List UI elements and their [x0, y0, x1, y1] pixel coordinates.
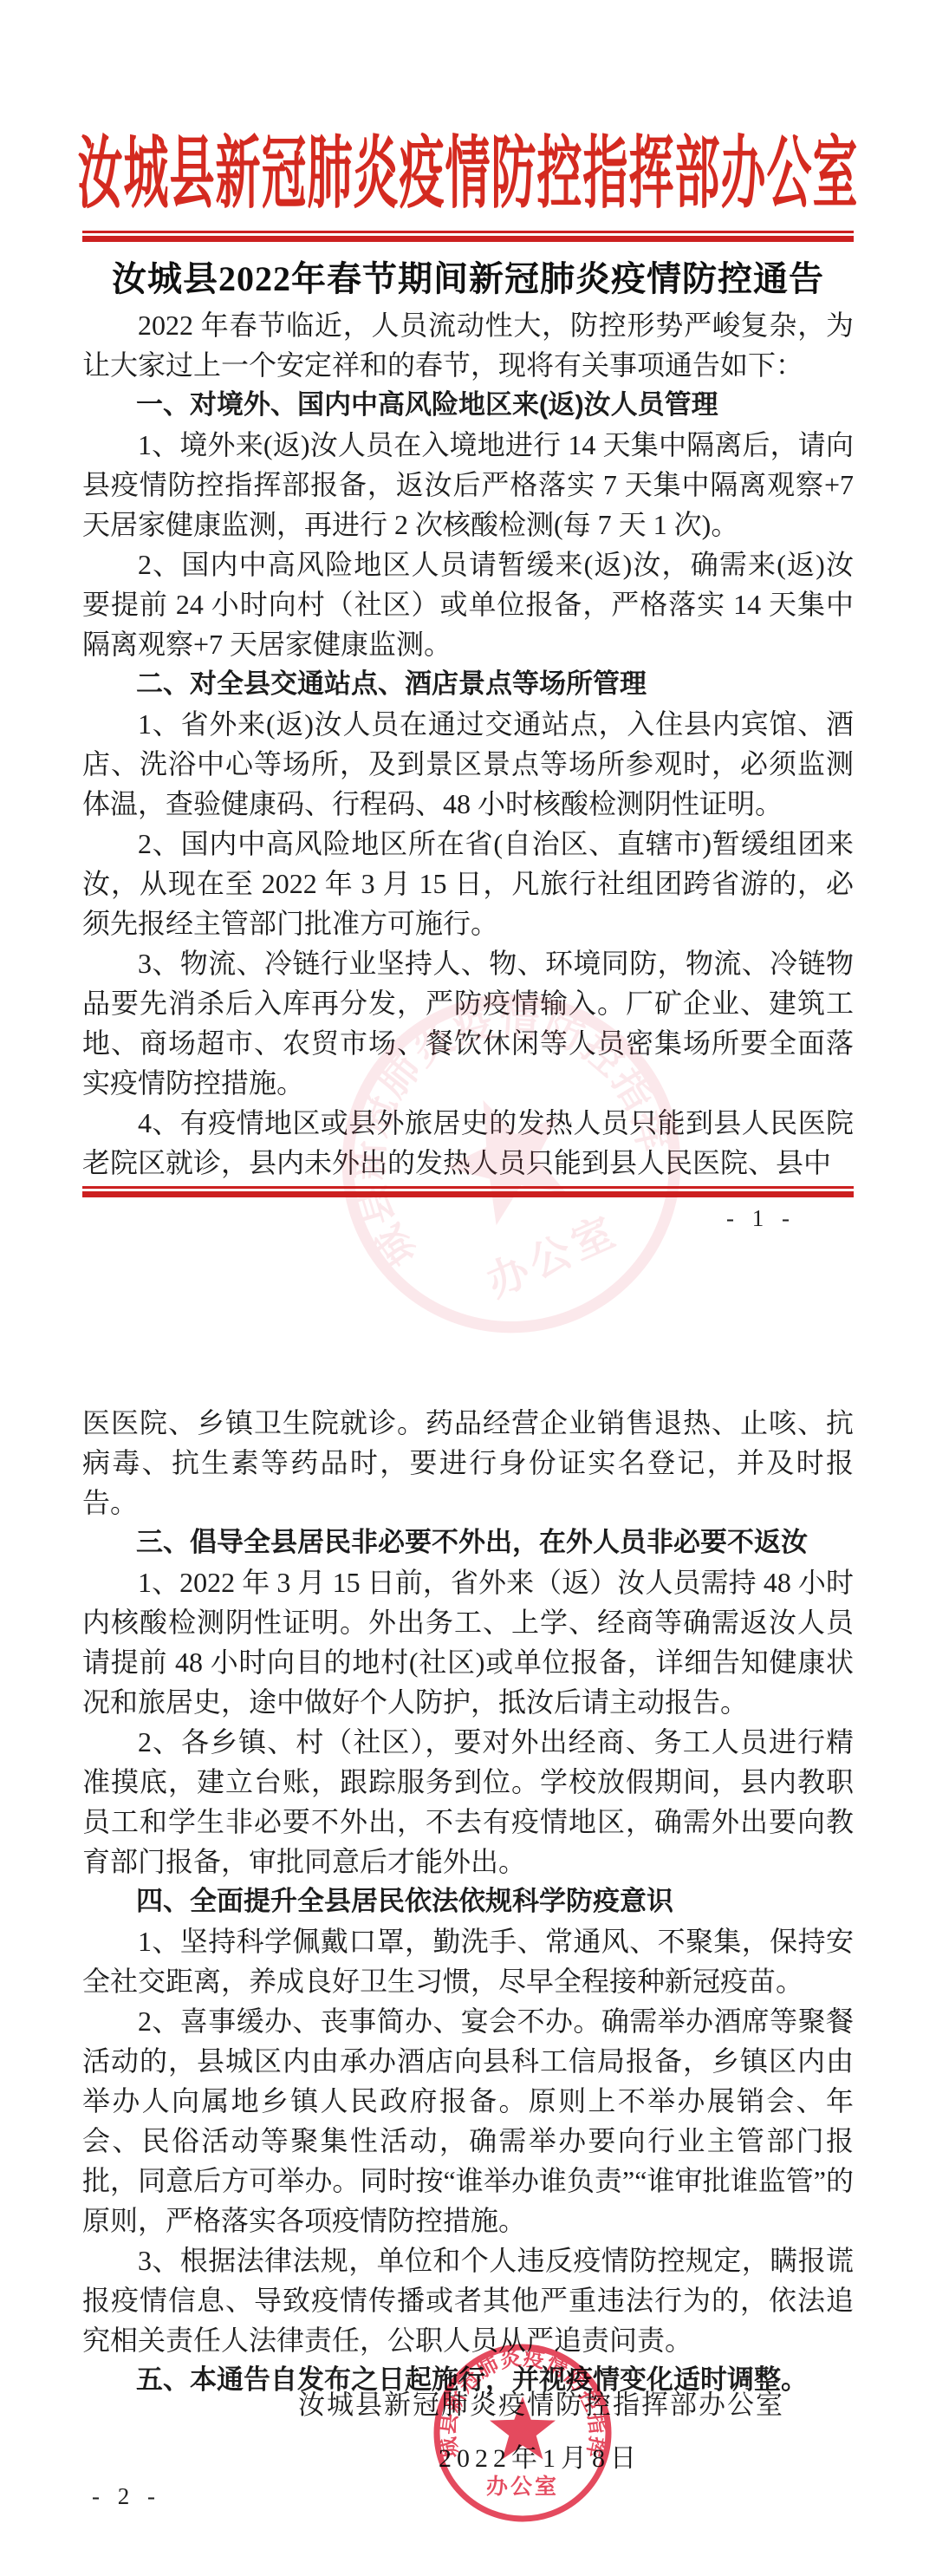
- body-paragraph: 2、国内中高风险地区人员请暂缓来(返)汝，确需来(返)汝要提前 24 小时向村（…: [82, 545, 854, 664]
- body-paragraph: 2、喜事缓办、丧事简办、宴会不办。确需举办酒席等聚餐活动的，县城区内由承办酒店向…: [82, 2001, 854, 2240]
- separator-thick-line: [82, 236, 854, 242]
- notice-title: 汝城县2022年春节期间新冠肺炎疫情防控通告: [0, 251, 936, 301]
- page2-number: - 2 -: [92, 2483, 161, 2510]
- document-scan: 汝城县新冠肺炎疫情防控指挥部办公室 汝城县2022年春节期间新冠肺炎疫情防控通告…: [0, 0, 936, 2576]
- seal-office-text: 办公室: [486, 2475, 559, 2499]
- body-paragraph: 1、省外来(返)汝人员在通过交通站点，入住县内宾馆、酒店、洗浴中心等场所，及到景…: [82, 704, 854, 824]
- body-paragraph: 1、坚持科学佩戴口罩，勤洗手、常通风、不聚集，保持安全社交距离，养成良好卫生习惯…: [82, 1921, 854, 2001]
- body-paragraph: 2022 年春节临近，人员流动性大，防控形势严峻复杂，为让大家过上一个安定祥和的…: [82, 305, 854, 385]
- star-icon: [426, 1074, 588, 1235]
- page1-number: - 1 -: [726, 1205, 796, 1232]
- official-seal-stamp: 汝城县新冠肺炎疫情防控指挥部 办公室: [431, 2341, 614, 2525]
- separator-thick-line: [82, 1191, 854, 1197]
- separator-thin-line: [82, 1186, 854, 1189]
- star-icon: [490, 2397, 556, 2459]
- section-heading: 二、对全县交通站点、酒店景点等场所管理: [82, 664, 854, 704]
- body-paragraph: 2、国内中高风险地区所在省(自治区、直辖市)暂缓组团来汝，从现在至 2022 年…: [82, 824, 854, 943]
- letterhead-office-name: 汝城县新冠肺炎疫情防控指挥部办公室: [0, 132, 936, 220]
- letterhead-separator: [82, 231, 854, 242]
- body-paragraph: 医医院、乡镇卫生院就诊。药品经营企业销售退热、止咳、抗病毒、抗生素等药品时，要进…: [82, 1403, 854, 1523]
- separator-thin-line: [82, 231, 854, 233]
- body-paragraph: 1、境外来(返)汝人员在入境地进行 14 天集中隔离后，请向县疫情防控指挥部报备…: [82, 425, 854, 545]
- seal-office-text: 办公室: [480, 1208, 626, 1307]
- page2-body: 医医院、乡镇卫生院就诊。药品经营企业销售退热、止咳、抗病毒、抗生素等药品时，要进…: [82, 1403, 854, 2400]
- body-paragraph: 2、各乡镇、村（社区），要对外出经商、务工人员进行精准摸底，建立台账，跟踪服务到…: [82, 1722, 854, 1881]
- section-heading: 一、对境外、国内中高风险地区来(返)汝人员管理: [82, 385, 854, 425]
- section-heading: 三、倡导全县居民非必要不外出，在外人员非必要不返汝: [82, 1523, 854, 1562]
- section-heading: 四、全面提升全县居民依法依规科学防疫意识: [82, 1881, 854, 1921]
- body-paragraph: 1、2022 年 3 月 15 日前，省外来（返）汝人员需持 48 小时内核酸检…: [82, 1562, 854, 1722]
- page1-footer-separator: [82, 1186, 854, 1197]
